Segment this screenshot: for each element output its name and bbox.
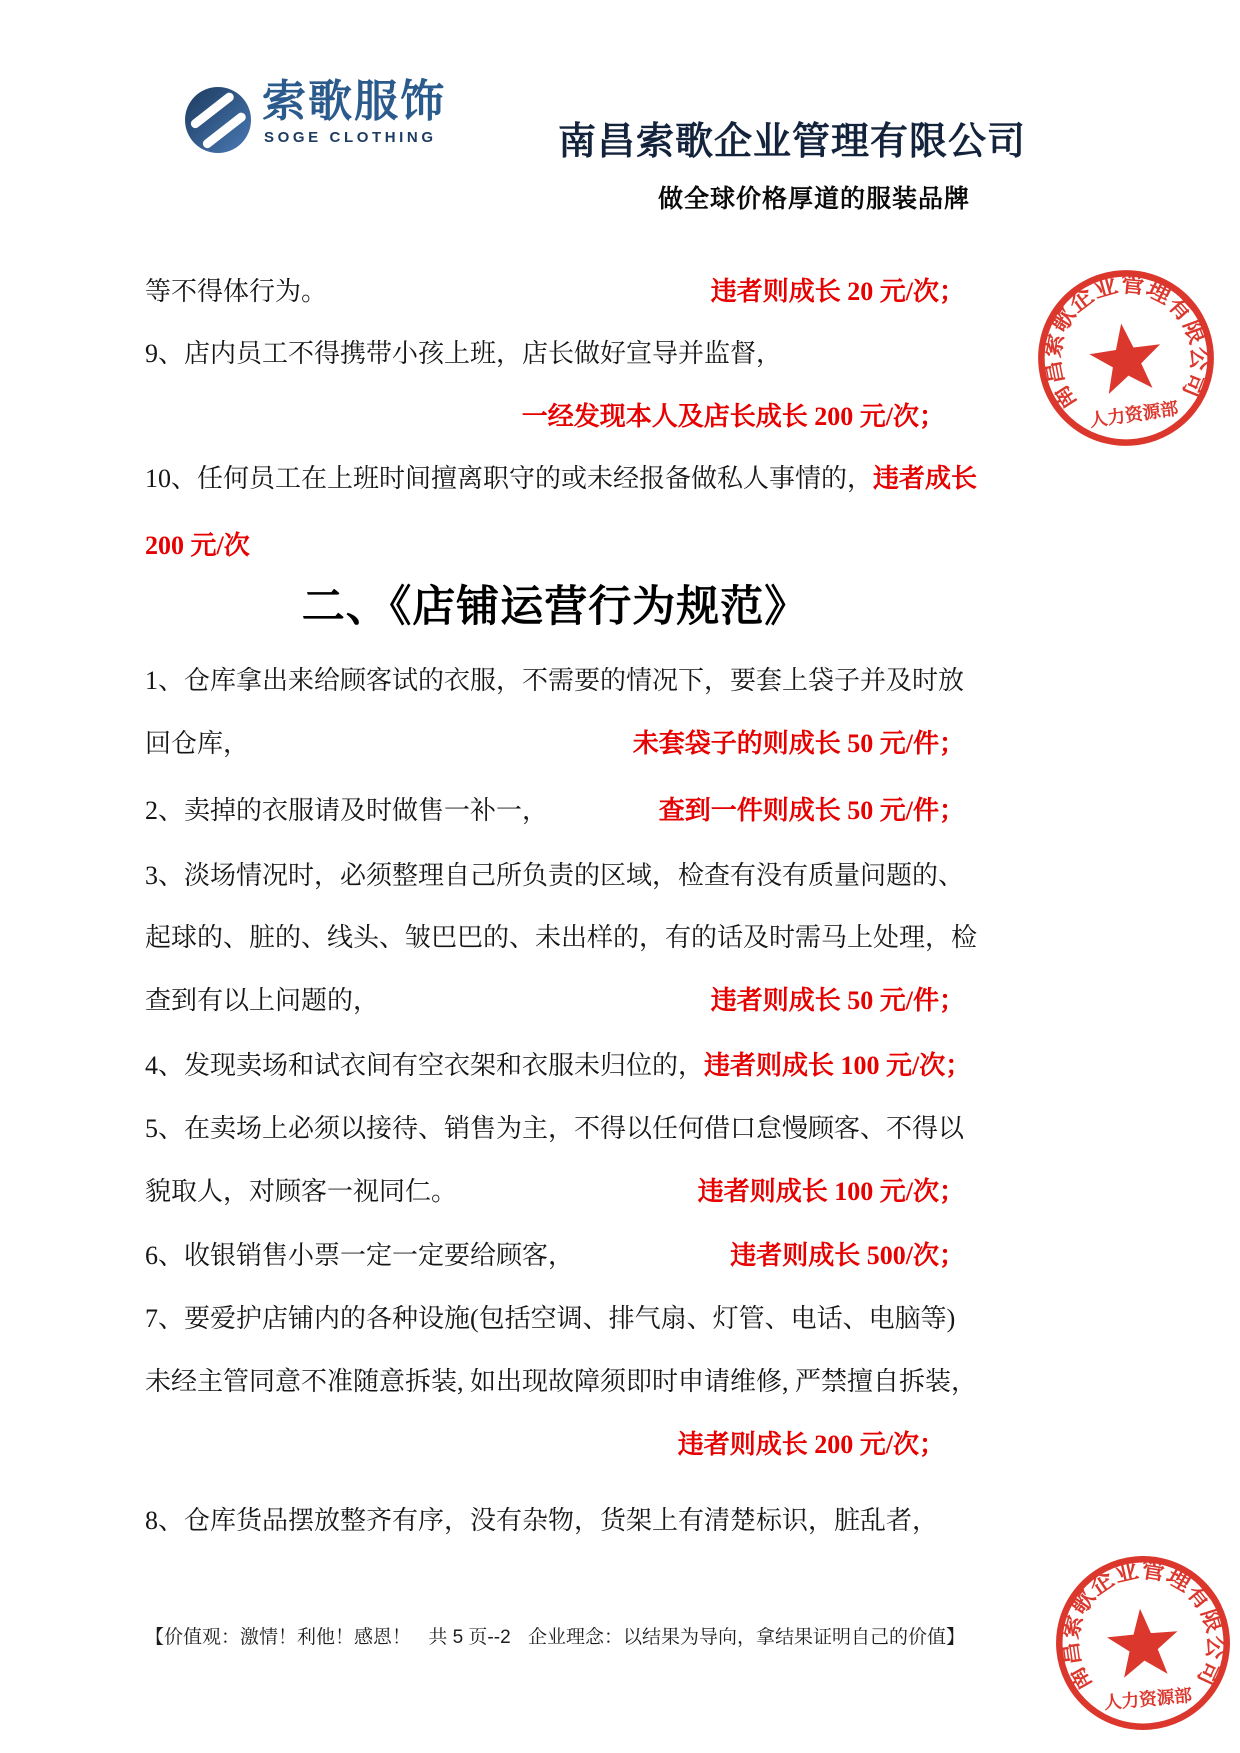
rule-line: 10、任何员工在上班时间擅离职守的或未经报备做私人事情的， 违者成长: [145, 463, 965, 496]
rule-text: 未经主管同意不准随意拆装, 如出现故障须即时申请维修, 严禁擅自拆装，: [145, 1366, 977, 1399]
rule-line: 一经发现本人及店长成长 200 元/次；: [145, 401, 965, 434]
rule-line: 7、要爱护店铺内的各种设施(包括空调、排气扇、灯管、电话、电脑等): [145, 1303, 965, 1336]
rule-line: 起球的、脏的、线头、皱巴巴的、未出样的，有的话及时需马上处理，检: [145, 922, 965, 955]
rule-text: 1、仓库拿出来给顾客试的衣服，不需要的情况下，要套上袋子并及时放: [145, 665, 964, 698]
rule-text: 3、淡场情况时，必须整理自己所负责的区域，检查有没有质量问题的、: [145, 860, 964, 893]
rule-line: 6、收银销售小票一定一定要给顾客， 违者则成长 500/次；: [145, 1240, 965, 1273]
soge-logo-icon: [184, 86, 252, 154]
rule-text: 貌取人，对顾客一视同仁。: [145, 1176, 457, 1209]
company-tagline: 做全球价格厚道的服装品牌: [658, 184, 970, 214]
penalty-text: 违者则成长 200 元/次；: [678, 1429, 945, 1462]
footer-philosophy: 企业理念：以结果为导向，拿结果证明自己的价值】: [528, 1622, 965, 1649]
rule-line: 8、仓库货品摆放整齐有序，没有杂物，货架上有清楚标识，脏乱者，: [145, 1505, 965, 1538]
penalty-text: 查到一件则成长 50 元/件；: [659, 795, 965, 828]
footer-values: 【价值观：激情！利他！感恩！: [145, 1622, 411, 1649]
logo-brand-cn: 索歌服饰: [262, 80, 446, 124]
rule-line: 查到有以上问题的， 违者则成长 50 元/件；: [145, 985, 965, 1018]
penalty-text: 违者成长: [873, 463, 977, 496]
penalty-text: 违者则成长 50 元/件；: [711, 985, 965, 1018]
rule-line: 9、店内员工不得携带小孩上班，店长做好宣导并监督，: [145, 338, 965, 371]
rule-text: 10、任何员工在上班时间擅离职守的或未经报备做私人事情的，: [145, 463, 873, 496]
penalty-text: 违者则成长 100 元/次；: [704, 1050, 971, 1083]
rule-line: 回仓库， 未套袋子的则成长 50 元/件；: [145, 728, 965, 761]
star-icon: [1105, 1606, 1181, 1679]
company-seal-bottom: 南昌索歌企业管理有限公司 人力资源部: [1042, 1542, 1240, 1744]
rule-text: 7、要爱护店铺内的各种设施(包括空调、排气扇、灯管、电话、电脑等): [145, 1303, 955, 1336]
rule-text: 回仓库，: [145, 728, 249, 761]
page-footer: 【价值观：激情！利他！感恩！ 共 5 页--2 企业理念：以结果为导向，拿结果证…: [145, 1622, 965, 1649]
rule-line: 1、仓库拿出来给顾客试的衣服，不需要的情况下，要套上袋子并及时放: [145, 665, 965, 698]
logo-circle-icon: [184, 86, 252, 154]
penalty-text: 200 元/次: [145, 530, 250, 563]
penalty-text: 未套袋子的则成长 50 元/件；: [633, 728, 965, 761]
star-icon: [1086, 319, 1166, 396]
rule-line: 2、卖掉的衣服请及时做售一补一， 查到一件则成长 50 元/件；: [145, 795, 965, 828]
company-title: 南昌索歌企业管理有限公司: [558, 120, 1026, 166]
rule-text: 9、店内员工不得携带小孩上班，店长做好宣导并监督，: [145, 338, 782, 371]
footer-page-number: 共 5 页--2: [428, 1622, 510, 1649]
rule-text: 6、收银销售小票一定一定要给顾客，: [145, 1240, 574, 1273]
rule-text: 等不得体行为。: [145, 276, 327, 309]
rule-line: 5、在卖场上必须以接待、销售为主，不得以任何借口怠慢顾客、不得以: [145, 1113, 965, 1146]
rule-line: 200 元/次: [145, 530, 965, 563]
rule-line: 4、发现卖场和试衣间有空衣架和衣服未归位的， 违者则成长 100 元/次；: [145, 1050, 965, 1083]
rule-line: 3、淡场情况时，必须整理自己所负责的区域，检查有没有质量问题的、: [145, 860, 965, 893]
company-seal-top: 南昌索歌企业管理有限公司 人力资源部: [1020, 252, 1232, 464]
rule-text: 起球的、脏的、线头、皱巴巴的、未出样的，有的话及时需马上处理，检: [145, 922, 977, 955]
logo-brand-en: SOGE CLOTHING: [264, 130, 437, 145]
rule-text: 查到有以上问题的，: [145, 985, 379, 1018]
document-page: 索歌服饰 SOGE CLOTHING 南昌索歌企业管理有限公司 做全球价格厚道的…: [0, 0, 1240, 1753]
section-title: 二、《店铺运营行为规范》: [145, 584, 965, 631]
penalty-text: 违者则成长 500/次；: [730, 1240, 965, 1273]
penalty-text: 违者则成长 20 元/次；: [711, 276, 965, 309]
rule-line: 貌取人，对顾客一视同仁。 违者则成长 100 元/次；: [145, 1176, 965, 1209]
rule-text: 4、发现卖场和试衣间有空衣架和衣服未归位的，: [145, 1050, 704, 1083]
penalty-text: 一经发现本人及店长成长 200 元/次；: [522, 401, 945, 434]
seal-dept-text: 人力资源部: [1088, 397, 1179, 430]
seal-svg: 南昌索歌企业管理有限公司 人力资源部: [1020, 252, 1232, 464]
seal-svg: 南昌索歌企业管理有限公司 人力资源部: [1042, 1542, 1240, 1744]
rule-text: 8、仓库货品摆放整齐有序，没有杂物，货架上有清楚标识，脏乱者，: [145, 1505, 938, 1538]
rule-text: 2、卖掉的衣服请及时做售一补一，: [145, 795, 548, 828]
seal-dept-text: 人力资源部: [1103, 1684, 1193, 1713]
penalty-text: 违者则成长 100 元/次；: [698, 1176, 965, 1209]
rule-line: 违者则成长 200 元/次；: [145, 1429, 965, 1462]
rule-line: 未经主管同意不准随意拆装, 如出现故障须即时申请维修, 严禁擅自拆装，: [145, 1366, 965, 1399]
rule-line: 等不得体行为。 违者则成长 20 元/次；: [145, 276, 965, 309]
rule-text: 5、在卖场上必须以接待、销售为主，不得以任何借口怠慢顾客、不得以: [145, 1113, 964, 1146]
